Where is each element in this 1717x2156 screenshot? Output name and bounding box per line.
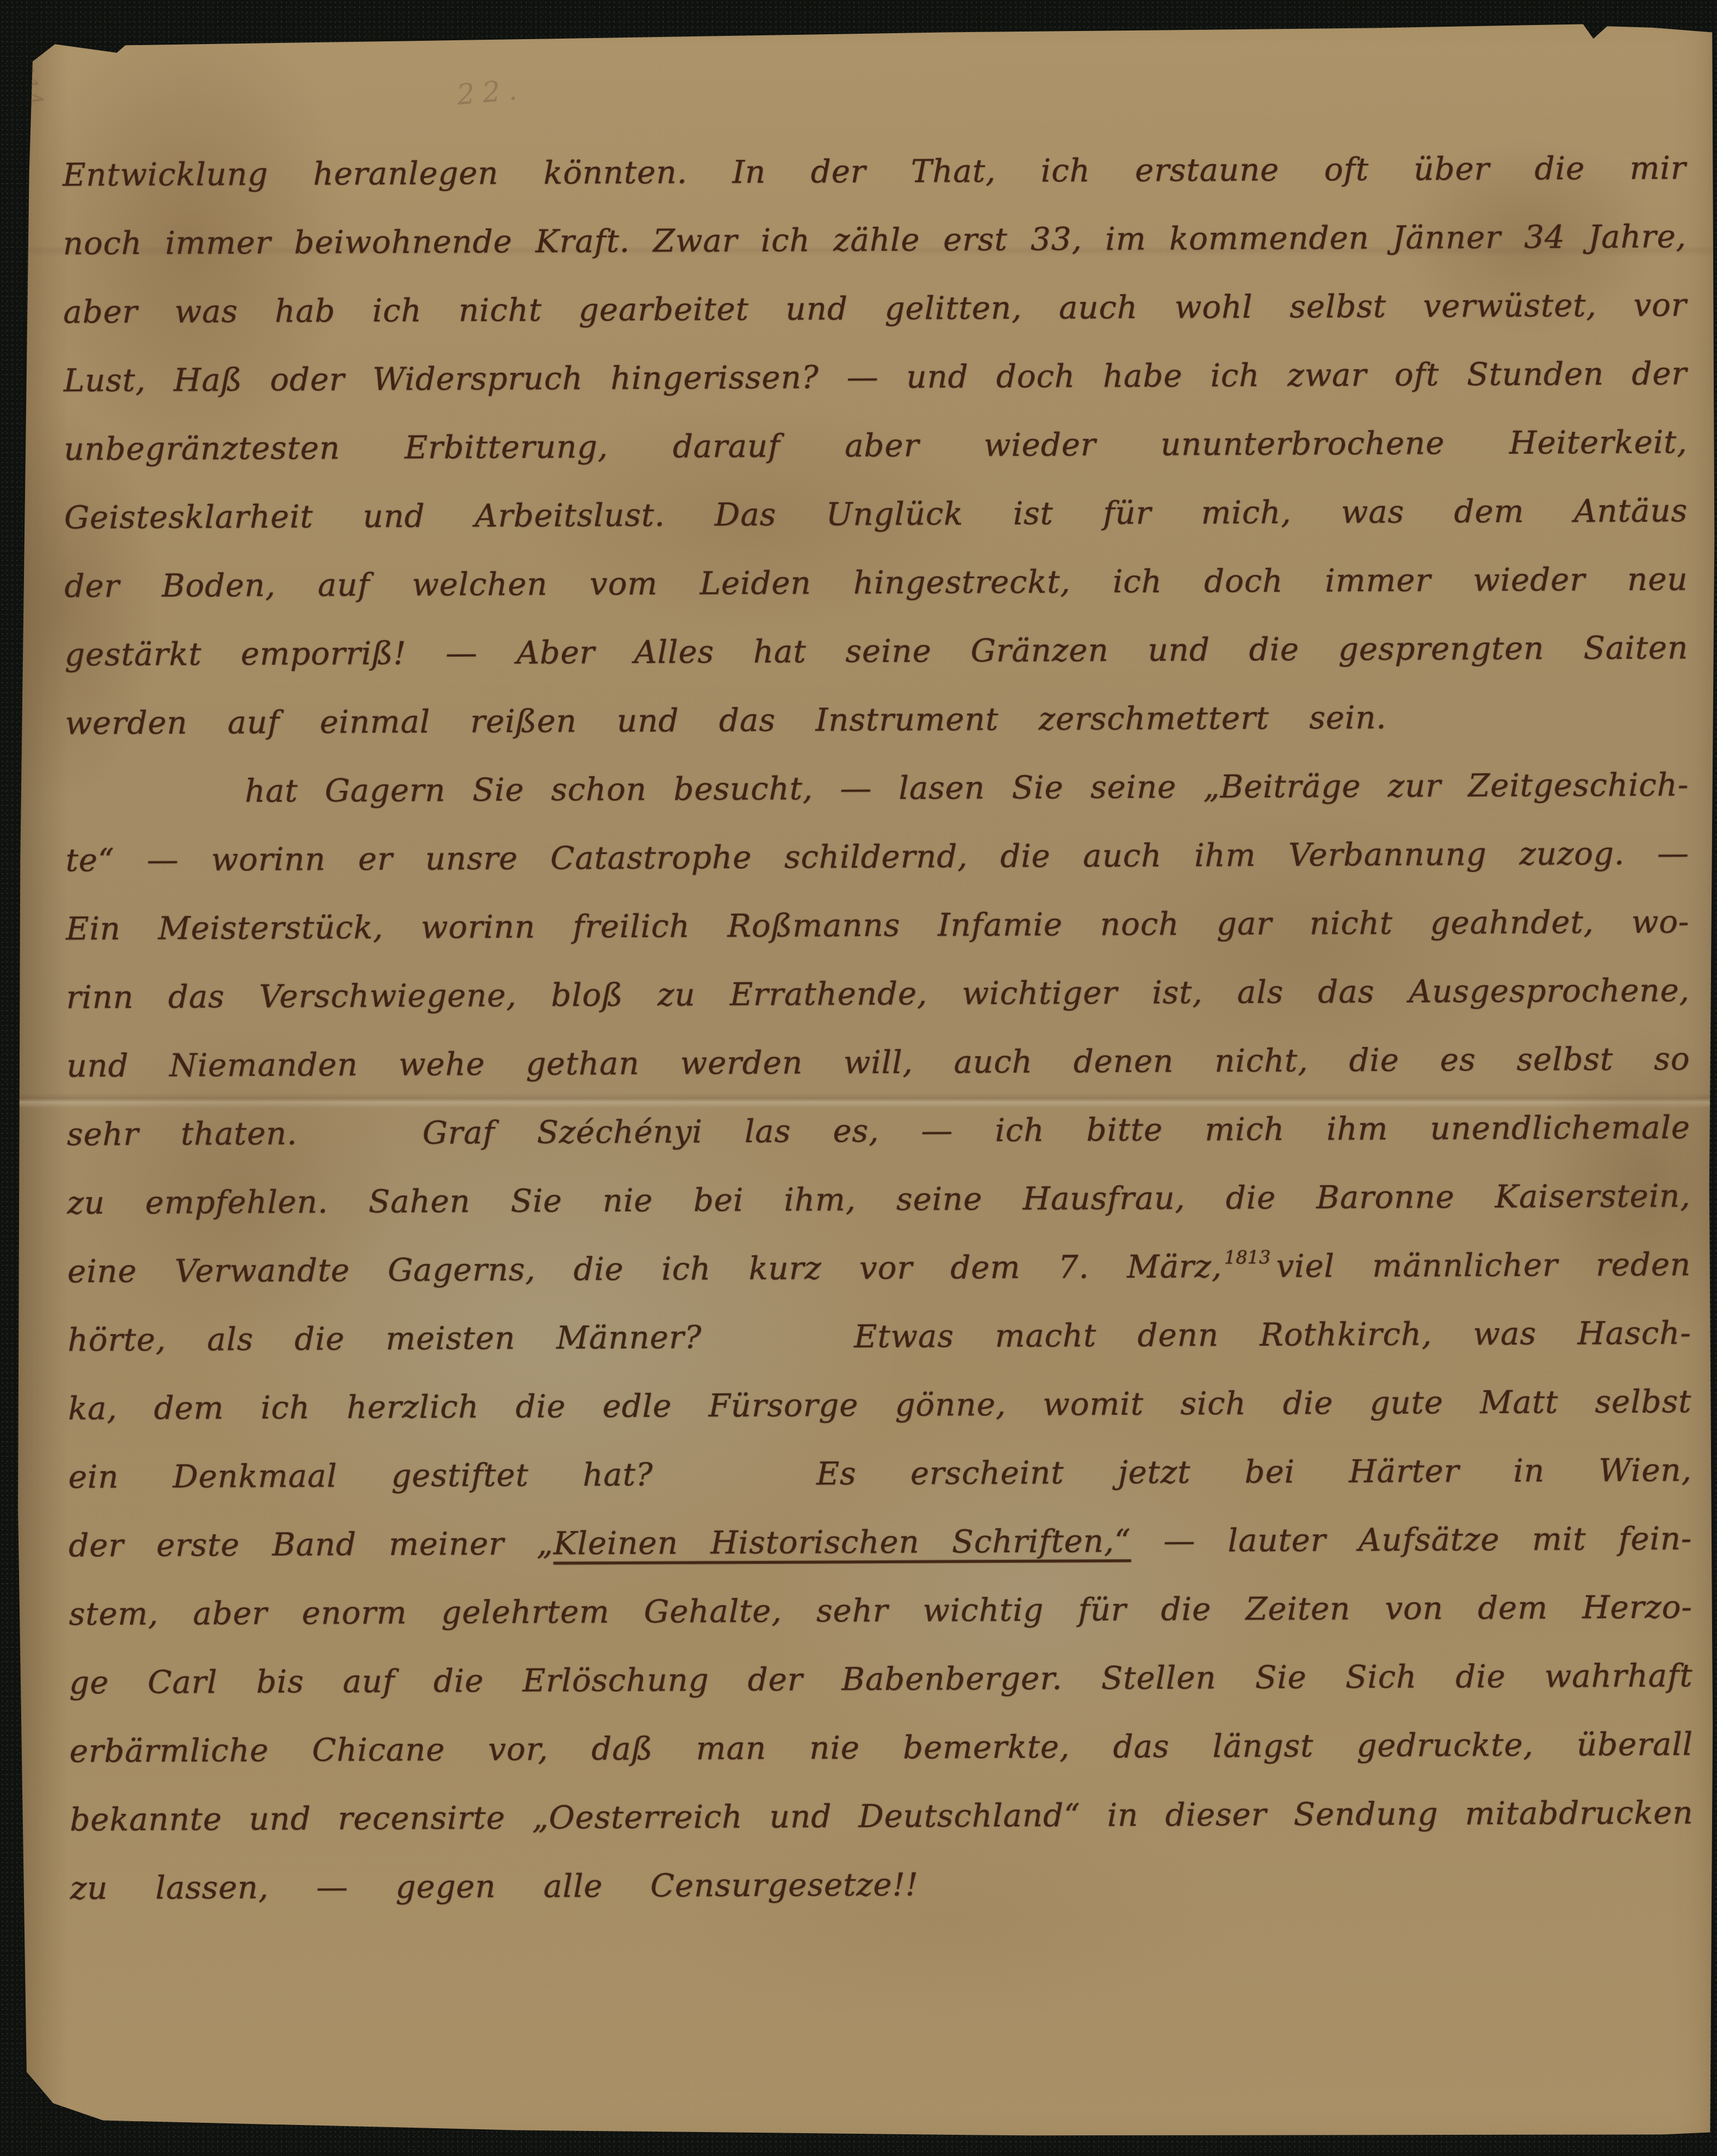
text-line: und Niemanden wehe gethan werden will, a… <box>66 1024 1690 1100</box>
handwriting-segment: der Boden, auf welchen vom Leiden hinges… <box>64 560 1688 604</box>
handwriting-segment: unbegränztesten Erbitterung, darauf aber… <box>64 423 1687 467</box>
handwriting-gap <box>702 1347 854 1348</box>
handwriting-gap <box>297 1143 423 1144</box>
handwriting-gap <box>653 1484 816 1485</box>
handwriting-segment: Lust, Haß oder Widerspruch hingerissen? … <box>64 355 1687 399</box>
handwriting-segment: bekannte und recensirte „Oesterreich und… <box>70 1794 1693 1838</box>
text-line: noch immer beiwohnende Kraft. Zwar ich z… <box>63 202 1687 278</box>
handwriting-segment: zu lassen, — gegen alle Censurgesetze!! <box>70 1866 919 1907</box>
handwriting-segment: te“ — worinn er unsre Catastrophe schild… <box>65 834 1689 878</box>
text-line: sehr thaten.Graf Széchényi las es, — ich… <box>67 1093 1691 1168</box>
text-line: Ein Meisterstück, worinn freilich Roßman… <box>66 887 1690 963</box>
handwriting-gap <box>65 801 245 802</box>
handwriting-segment: erbärmliche Chicane vor, daß man nie bem… <box>70 1725 1693 1769</box>
text-line: ge Carl bis auf die Erlöschung der Baben… <box>69 1641 1693 1717</box>
handwriting-segment: ein Denkmaal gestiftet hat? <box>68 1456 653 1496</box>
handwriting-segment: viel männlicher reden <box>1276 1246 1691 1284</box>
paper-sheet: 414 22. Entwicklung heranlegen könnten. … <box>0 0 1717 2156</box>
text-line: stem, aber enorm gelehrtem Gehalte, sehr… <box>69 1572 1693 1648</box>
handwriting-segment: ka, dem ich herzlich die edle Fürsorge g… <box>68 1383 1691 1427</box>
pencil-annotation-left: 414 <box>8 59 48 111</box>
text-line: unbegränztesten Erbitterung, darauf aber… <box>64 407 1688 483</box>
handwriting-segment: werden auf einmal reißen und das Instrum… <box>65 699 1386 742</box>
text-line: te“ — worinn er unsre Catastrophe schild… <box>65 819 1689 894</box>
text-line: der Boden, auf welchen vom Leiden hinges… <box>64 544 1688 620</box>
scanner-background: 414 22. Entwicklung heranlegen könnten. … <box>0 0 1717 2156</box>
text-line: aber was hab ich nicht gearbeitet und ge… <box>63 271 1687 346</box>
pencil-annotation-center: 22. <box>456 73 526 112</box>
handwriting-segment: stem, aber enorm gelehrtem Gehalte, sehr… <box>69 1588 1693 1632</box>
handwriting-segment: Geistesklarheit und Arbeitslust. Das Ung… <box>64 492 1688 536</box>
handwriting-segment: hat Gagern Sie schon besucht, — lasen Si… <box>245 766 1689 809</box>
handwriting-segment: rinn das Verschwiegene, bloß zu Errathen… <box>66 971 1690 1015</box>
text-line: ein Denkmaal gestiftet hat?Es erscheint … <box>68 1435 1692 1511</box>
handwriting-segment: noch immer beiwohnende Kraft. Zwar ich z… <box>63 218 1687 262</box>
handwriting-segment: gestärkt emporriß! — Aber Alles hat sein… <box>65 629 1688 673</box>
handwriting-segment: — lauter Aufsätze mit fein- <box>1131 1520 1692 1559</box>
underlined-title: Kleinen Historischen Schriften,“ <box>553 1522 1131 1562</box>
handwriting-segment: Etwas macht denn Rothkirch, was Hasch- <box>854 1314 1691 1355</box>
text-line: hat Gagern Sie schon besucht, — lasen Si… <box>65 750 1689 826</box>
text-line: bekannte und recensirte „Oesterreich und… <box>70 1778 1694 1854</box>
text-line: Lust, Haß oder Widerspruch hingerissen? … <box>64 339 1688 414</box>
handwriting-segment: Es erscheint jetzt bei Härter in Wien, <box>816 1451 1692 1492</box>
handwriting-segment: sehr thaten. <box>67 1115 297 1153</box>
handwriting-segment: hörte, als die meisten Männer? <box>67 1318 702 1358</box>
text-line: gestärkt emporriß! — Aber Alles hat sein… <box>65 613 1689 689</box>
text-line: zu lassen, — gegen alle Censurgesetze!! <box>70 1850 919 1923</box>
handwriting-segment: der erste Band meiner „ <box>69 1525 554 1564</box>
handwriting-segment: Ein Meisterstück, worinn freilich Roßman… <box>66 903 1689 947</box>
handwriting-segment: eine Verwandte Gagerns, die ich kurz vor… <box>67 1248 1222 1290</box>
text-line: hörte, als die meisten Männer?Etwas mach… <box>67 1298 1691 1374</box>
text-line: werden auf einmal reißen und das Instrum… <box>65 683 1387 758</box>
handwriting-segment: Graf Széchényi las es, — ich bitte mich … <box>422 1108 1690 1151</box>
handwriting-segment: und Niemanden wehe gethan werden will, a… <box>66 1040 1690 1084</box>
handwriting-segment: aber was hab ich nicht gearbeitet und ge… <box>63 287 1687 331</box>
text-line: eine Verwandte Gagerns, die ich kurz vor… <box>67 1230 1691 1305</box>
handwriting-segment: zu empfehlen. Sahen Sie nie bei ihm, sei… <box>67 1177 1690 1221</box>
interlinear-date: 1813 <box>1224 1247 1271 1268</box>
text-line: erbärmliche Chicane vor, daß man nie bem… <box>70 1709 1694 1785</box>
text-line: rinn das Verschwiegene, bloß zu Errathen… <box>66 956 1690 1031</box>
text-line: Geistesklarheit und Arbeitslust. Das Ung… <box>64 476 1688 552</box>
text-block: Entwicklung heranlegen könnten. In der T… <box>63 134 1694 1923</box>
text-line: zu empfehlen. Sahen Sie nie bei ihm, sei… <box>67 1161 1691 1237</box>
handwriting-segment: ge Carl bis auf die Erlöschung der Baben… <box>69 1657 1693 1701</box>
text-line: der erste Band meiner „Kleinen Historisc… <box>69 1504 1693 1579</box>
handwriting-segment: Entwicklung heranlegen könnten. In der T… <box>63 150 1686 194</box>
text-line: ka, dem ich herzlich die edle Fürsorge g… <box>68 1367 1692 1442</box>
text-line: Entwicklung heranlegen könnten. In der T… <box>63 134 1687 209</box>
